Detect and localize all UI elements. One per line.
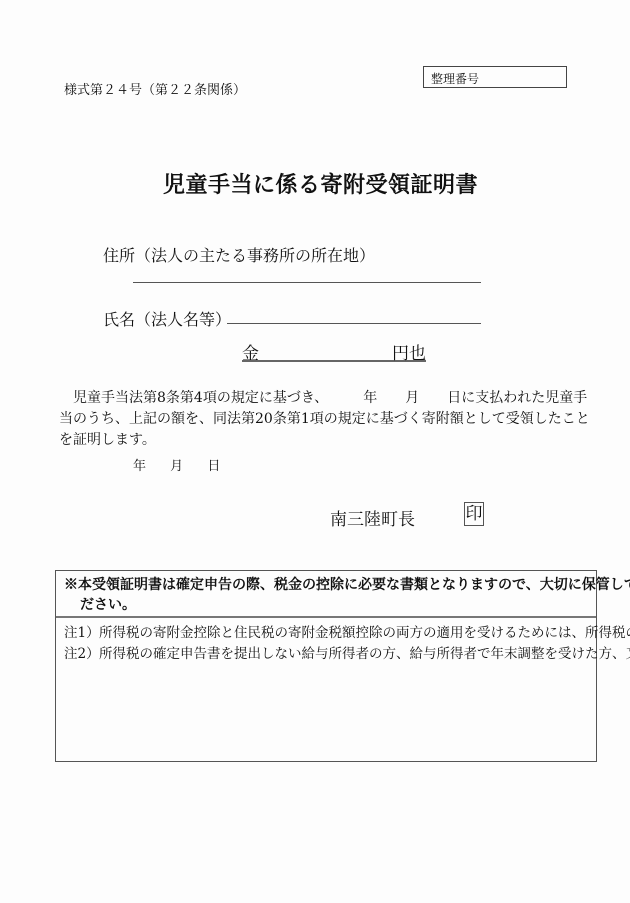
form-number: 様式第２４号（第２２条関係） (64, 79, 246, 98)
amount-field[interactable]: 金 円也 (242, 339, 426, 362)
name-label: 氏名（法人名等） (103, 307, 231, 330)
notes-list: 注1） 所得税の寄附金控除と住民税の寄附金税額控除の両方の適用を受けるためには、… (56, 618, 596, 664)
name-field[interactable] (227, 323, 481, 324)
issue-date: 年 月 日 (133, 455, 240, 474)
reference-number-box[interactable]: 整理番号 (423, 66, 567, 88)
address-field[interactable] (133, 282, 481, 283)
year-label: 年 (133, 455, 146, 474)
important-notice-line1: ※本受領証明書は確定申告の際、税金の控除に必要な書類となりますので、大切に保管し… (64, 577, 630, 593)
document-title: 児童手当に係る寄附受領証明書 (163, 168, 478, 199)
note-number: 注2） (64, 644, 99, 665)
note-text: 所得税の確定申告書を提出しない給与所得者の方、給与所得者で年末調整を受けた方、又… (99, 644, 630, 665)
day-label: 日 (207, 455, 220, 474)
reference-number-label: 整理番号 (431, 72, 479, 86)
important-notice: ※本受領証明書は確定申告の際、税金の控除に必要な書類となりますので、大切に保管し… (56, 571, 596, 618)
note-item: 注1） 所得税の寄附金控除と住民税の寄附金税額控除の両方の適用を受けるためには、… (64, 623, 590, 644)
month-label: 月 (170, 455, 183, 474)
notice-box: ※本受領証明書は確定申告の際、税金の控除に必要な書類となりますので、大切に保管し… (55, 570, 597, 762)
issuer-title: 南三陸町長 (330, 505, 415, 530)
note-text: 所得税の寄附金控除と住民税の寄附金税額控除の両方の適用を受けるためには、所得税の… (99, 623, 630, 644)
amount-prefix: 金 (242, 339, 259, 364)
note-item: 注2） 所得税の確定申告書を提出しない給与所得者の方、給与所得者で年末調整を受け… (64, 644, 590, 665)
address-label: 住所（法人の主たる事務所の所在地） (103, 243, 375, 266)
amount-suffix: 円也 (392, 339, 426, 364)
important-notice-line2: ださい。 (64, 595, 590, 615)
note-number: 注1） (64, 623, 99, 644)
seal-stamp: 印 (464, 502, 484, 526)
certification-statement: 児童手当法第8条第4項の規定に基づき、 年 月 日に支払われた児童手当のうち、上… (59, 388, 599, 451)
